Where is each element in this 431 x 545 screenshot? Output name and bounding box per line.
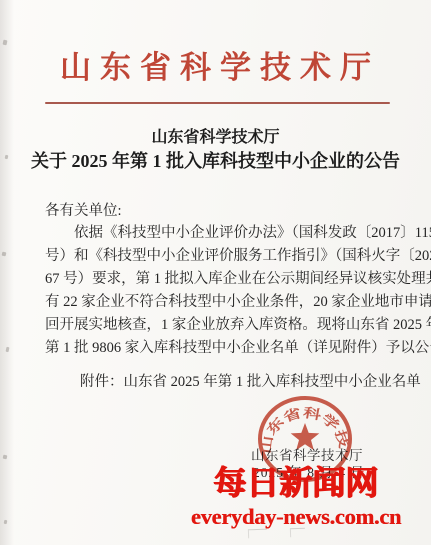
letterhead-divider-rule (45, 102, 390, 104)
svg-text:山东省科学技术厅: 山东省科学技术厅 (256, 395, 352, 454)
news-site-watermark: 每日新闻网 everyday-news.com.cn (178, 466, 414, 530)
document-title-line2: 关于 2025 年第 1 批入库科技型中小企业的公告 (0, 147, 431, 173)
body-line: 67 号）要求，第 1 批拟入库企业在公示期间经异议核实处理共 (45, 268, 390, 291)
seal-arc-text: 山东省科学技术厅 (256, 395, 352, 454)
scan-noise (2, 252, 7, 257)
document-page: 山东省科学技术厅 山东省科学技术厅 关于 2025 年第 1 批入库科技型中小企… (0, 0, 431, 545)
body-line: 第 1 批 9806 家入库科技型中小企业名单（详见附件）予以公告。 (45, 337, 390, 360)
attachment-line: 附件：山东省 2025 年第 1 批入库科技型中小企业名单 (80, 370, 421, 391)
page-bleed-mark (290, 528, 305, 538)
document-title-line1: 山东省科学技术厅 (0, 124, 431, 147)
seal-star-icon (291, 423, 320, 450)
body-paragraph: 依据《科技型中小企业评价办法》（国科发政〔2017〕115 号）和《科技型中小企… (45, 222, 390, 360)
body-line: 依据《科技型中小企业评价办法》（国科发政〔2017〕115 (45, 222, 390, 245)
watermark-site-name: 每日新闻网 (178, 466, 414, 501)
watermark-site-url: everyday-news.com.cn (178, 504, 414, 530)
body-line: 号）和《科技型中小企业评价服务工作指引》（国科火字〔2022〕 (45, 245, 390, 268)
page-bleed-mark (248, 529, 267, 539)
body-line: 回开展实地核查，1 家企业放弃入库资格。现将山东省 2025 年 (45, 314, 390, 337)
body-line: 有 22 家企业不符合科技型中小企业条件，20 家企业地市申请退 (45, 291, 390, 314)
salutation: 各有关单位: (45, 199, 122, 220)
scan-noise (6, 347, 10, 353)
letterhead-agency-title: 山东省科学技术厅 (0, 42, 431, 87)
scan-noise (3, 455, 8, 460)
scan-noise (4, 520, 8, 525)
